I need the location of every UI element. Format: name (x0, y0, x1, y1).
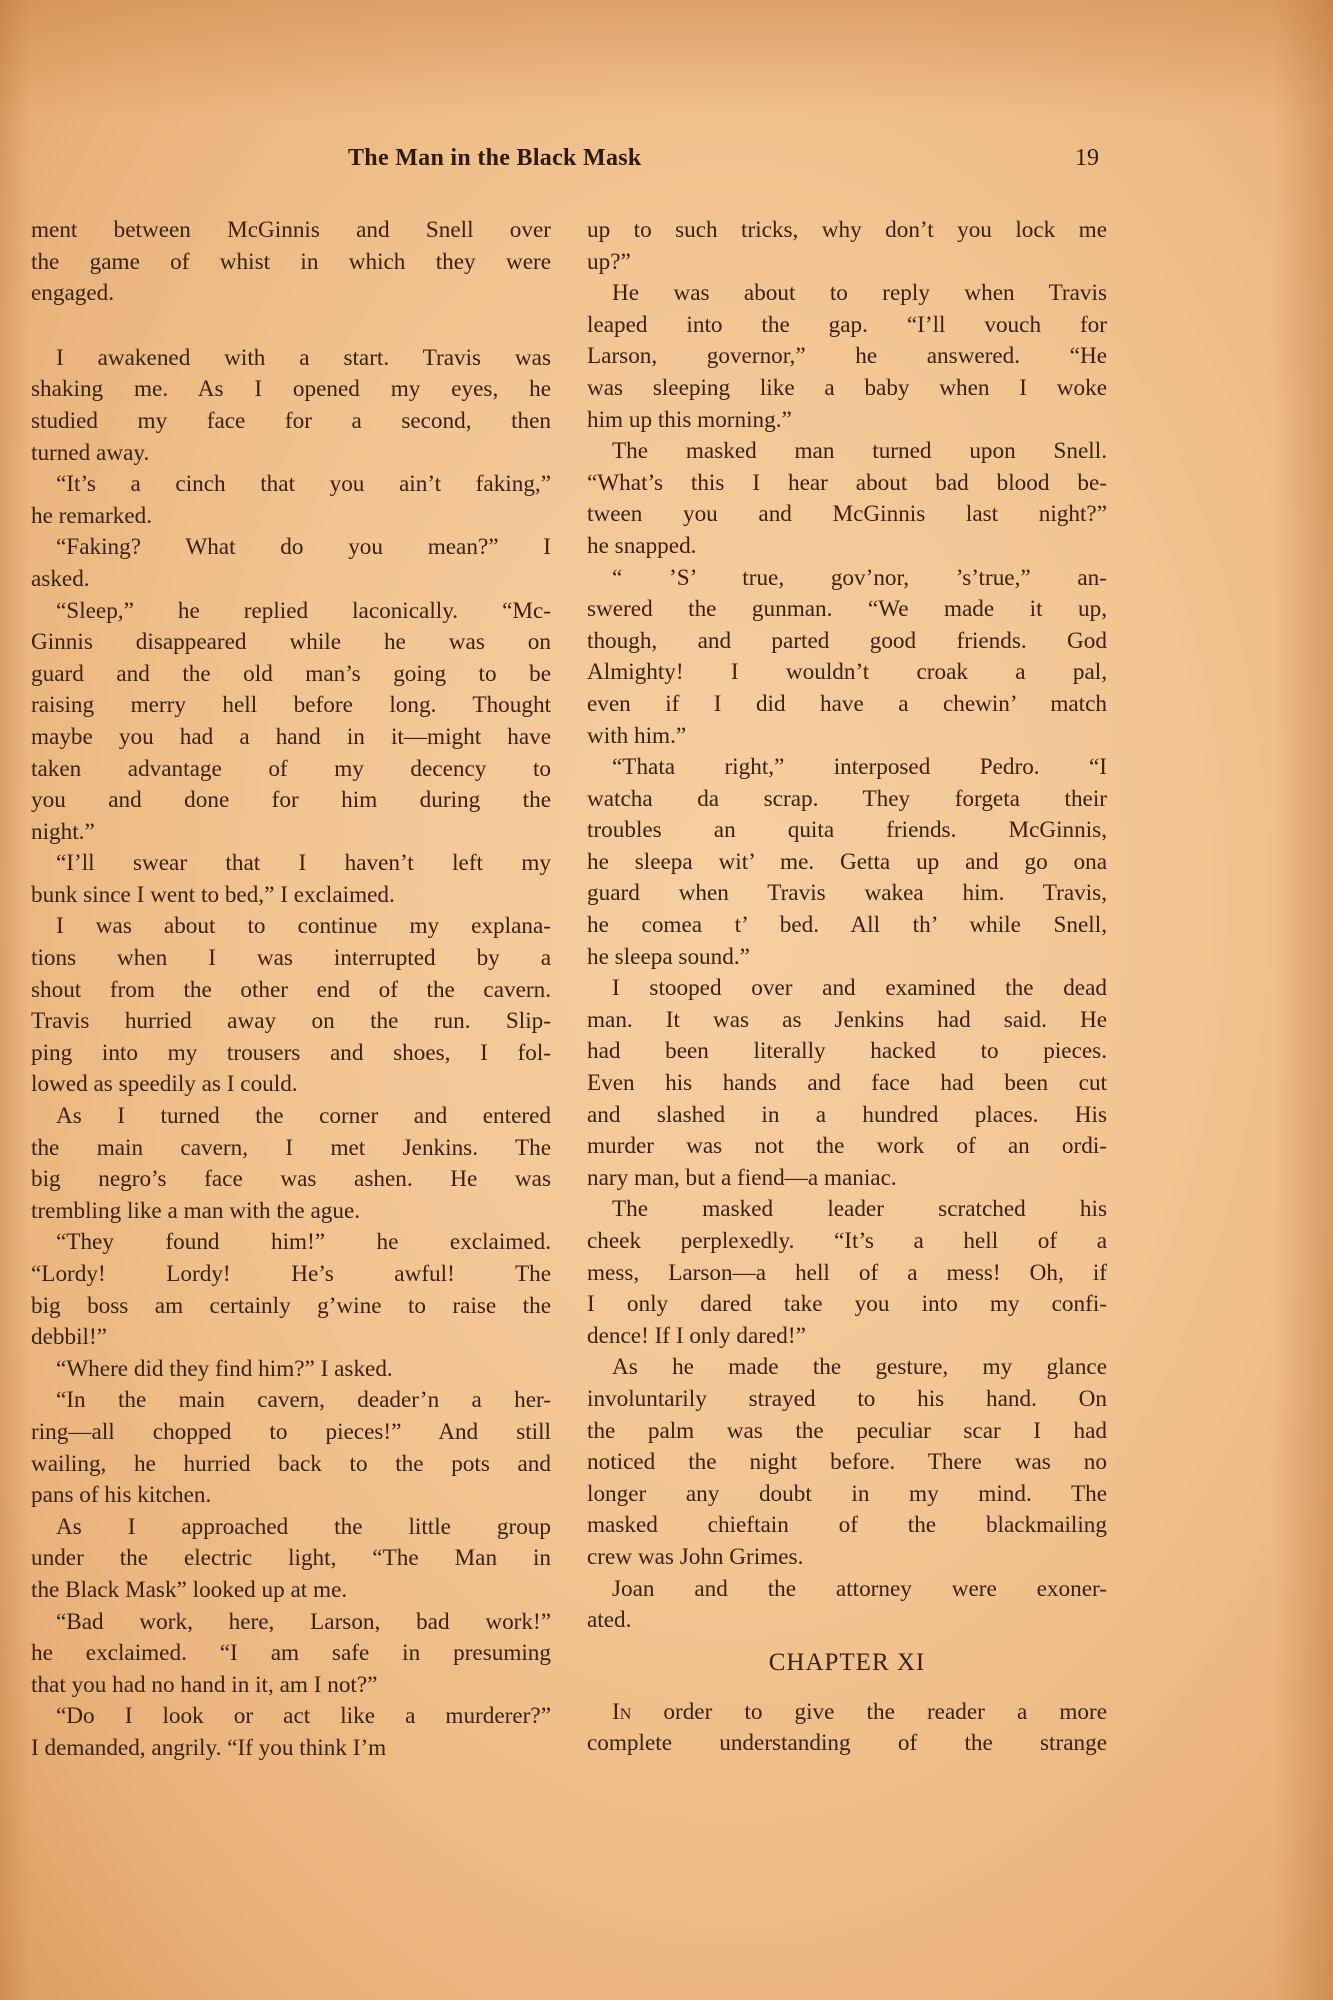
text-line: dence! If I only dared!” (587, 1321, 1107, 1353)
text-line: the game of whist in which they were (31, 247, 551, 279)
text-line: I awakened with a start. Travis was (31, 343, 551, 375)
text-line: swered the gunman. “We made it up, (587, 594, 1107, 626)
text-line: I stooped over and examined the dead (587, 973, 1107, 1005)
text-line: he sleepa sound.” (587, 942, 1107, 974)
text-line: “Faking? What do you mean?” I (31, 532, 551, 564)
text-line: he sleepa wit’ me. Getta up and go ona (587, 847, 1107, 879)
text-line: under the electric light, “The Man in (31, 1543, 551, 1575)
text-line: ated. (587, 1605, 1107, 1637)
text-line: “Lordy! Lordy! He’s awful! The (31, 1259, 551, 1291)
text-line: shaking me. As I opened my eyes, he (31, 374, 551, 406)
text-line: The masked leader scratched his (587, 1194, 1107, 1226)
text-line: “What’s this I hear about bad blood be- (587, 468, 1107, 500)
text-line: big negro’s face was ashen. He was (31, 1164, 551, 1196)
text-line: guard and the old man’s going to be (31, 659, 551, 691)
text-line: leaped into the gap. “I’ll vouch for (587, 310, 1107, 342)
right-column: up to such tricks, why don’t you lock me… (587, 215, 1107, 1760)
left-column: ment between McGinnis and Snell overthe … (31, 215, 551, 1765)
text-line: mess, Larson—a hell of a mess! Oh, if (587, 1258, 1107, 1290)
text-line: guard when Travis wakea him. Travis, (587, 878, 1107, 910)
text-line: big boss am certainly g’wine to raise th… (31, 1291, 551, 1323)
text-line: shout from the other end of the cavern. (31, 975, 551, 1007)
text-line: “Thata right,” interposed Pedro. “I (587, 752, 1107, 784)
text-line: ping into my trousers and shoes, I fol- (31, 1038, 551, 1070)
text-line: the Black Mask” looked up at me. (31, 1575, 551, 1607)
text-line: complete understanding of the strange (587, 1728, 1107, 1760)
text-line: pans of his kitchen. (31, 1480, 551, 1512)
text-line: “Do I look or act like a murderer?” (31, 1701, 551, 1733)
text-line: that you had no hand in it, am I not?” (31, 1670, 551, 1702)
running-title: The Man in the Black Mask (348, 145, 642, 172)
text-line: watcha da scrap. They forgeta their (587, 784, 1107, 816)
chapter-opening-word: In (612, 1699, 631, 1725)
text-line: Travis hurried away on the run. Slip- (31, 1006, 551, 1038)
text-line: “In the main cavern, deader’n a her- (31, 1385, 551, 1417)
text-line: masked chieftain of the blackmailing (587, 1510, 1107, 1542)
text-line: though, and parted good friends. God (587, 626, 1107, 658)
text-line: tween you and McGinnis last night?” (587, 499, 1107, 531)
text-line: Ginnis disappeared while he was on (31, 627, 551, 659)
text-line: I demanded, angrily. “If you think I’m (31, 1733, 551, 1765)
page-number: 19 (1075, 145, 1099, 172)
text-line: debbil!” (31, 1322, 551, 1354)
text-line: raising merry hell before long. Thought (31, 690, 551, 722)
text-line-rest: order to give the reader a more (631, 1699, 1107, 1725)
text-line: up?” (587, 247, 1107, 279)
text-line: bunk since I went to bed,” I exclaimed. (31, 880, 551, 912)
text-line: was sleeping like a baby when I woke (587, 373, 1107, 405)
text-line: man. It was as Jenkins had said. He (587, 1005, 1107, 1037)
text-line: you and done for him during the (31, 785, 551, 817)
text-line: “Where did they find him?” I asked. (31, 1354, 551, 1386)
text-line: even if I did have a chewin’ match (587, 689, 1107, 721)
text-line: “They found him!” he exclaimed. (31, 1227, 551, 1259)
paper-shading-left (0, 0, 30, 2000)
text-line: “I’ll swear that I haven’t left my (31, 848, 551, 880)
text-line: engaged. (31, 278, 551, 310)
text-line: As I approached the little group (31, 1512, 551, 1544)
text-line: night.” (31, 817, 551, 849)
text-line: ment between McGinnis and Snell over (31, 215, 551, 247)
text-line: turned away. (31, 438, 551, 470)
text-line: The masked man turned upon Snell. (587, 436, 1107, 468)
text-line: him up this morning.” (587, 405, 1107, 437)
text-line: with him.” (587, 721, 1107, 753)
text-line: trembling like a man with the ague. (31, 1196, 551, 1228)
chapter-opening-line: In order to give the reader a more (587, 1697, 1107, 1729)
text-line: involuntarily strayed to his hand. On (587, 1384, 1107, 1416)
text-line: had been literally hacked to pieces. (587, 1036, 1107, 1068)
text-line: Even his hands and face had been cut (587, 1068, 1107, 1100)
text-line: He was about to reply when Travis (587, 278, 1107, 310)
text-line: troubles an quita friends. McGinnis, (587, 815, 1107, 847)
text-line: As I turned the corner and entered (31, 1101, 551, 1133)
text-line: “Sleep,” he replied laconically. “Mc- (31, 596, 551, 628)
text-line: Larson, governor,” he answered. “He (587, 341, 1107, 373)
text-line: Almighty! I wouldn’t croak a pal, (587, 657, 1107, 689)
text-line: the palm was the peculiar scar I had (587, 1416, 1107, 1448)
text-line: As he made the gesture, my glance (587, 1352, 1107, 1384)
text-line: he snapped. (587, 531, 1107, 563)
text-line: tions when I was interrupted by a (31, 943, 551, 975)
text-line: longer any doubt in my mind. The (587, 1479, 1107, 1511)
text-line: taken advantage of my decency to (31, 754, 551, 786)
text-line: crew was John Grimes. (587, 1542, 1107, 1574)
text-line: studied my face for a second, then (31, 406, 551, 438)
text-line: he comea t’ bed. All th’ while Snell, (587, 910, 1107, 942)
text-line: nary man, but a fiend—a maniac. (587, 1163, 1107, 1195)
text-line: up to such tricks, why don’t you lock me (587, 215, 1107, 247)
text-line: and slashed in a hundred places. His (587, 1100, 1107, 1132)
text-line: Joan and the attorney were exoner- (587, 1574, 1107, 1606)
text-line: ring—all chopped to pieces!” And still (31, 1417, 551, 1449)
text-line: “ ’S’ true, gov’nor, ’s’true,” an- (587, 563, 1107, 595)
text-line: murder was not the work of an ordi- (587, 1131, 1107, 1163)
text-line: asked. (31, 564, 551, 596)
paper-shading-top (0, 0, 1333, 120)
text-line: “Bad work, here, Larson, bad work!” (31, 1607, 551, 1639)
text-line: wailing, he hurried back to the pots and (31, 1449, 551, 1481)
text-line: cheek perplexedly. “It’s a hell of a (587, 1226, 1107, 1258)
text-line: I only dared take you into my confi- (587, 1289, 1107, 1321)
chapter-heading: CHAPTER XI (587, 1637, 1107, 1697)
text-line: he remarked. (31, 501, 551, 533)
text-line: “It’s a cinch that you ain’t faking,” (31, 469, 551, 501)
text-line: lowed as speedily as I could. (31, 1069, 551, 1101)
text-line: the main cavern, I met Jenkins. The (31, 1133, 551, 1165)
text-line: I was about to continue my explana- (31, 911, 551, 943)
text-line: maybe you had a hand in it—might have (31, 722, 551, 754)
section-break (31, 310, 551, 343)
paper-shading-right (1273, 0, 1333, 2000)
text-line: noticed the night before. There was no (587, 1447, 1107, 1479)
text-line: he exclaimed. “I am safe in presuming (31, 1638, 551, 1670)
